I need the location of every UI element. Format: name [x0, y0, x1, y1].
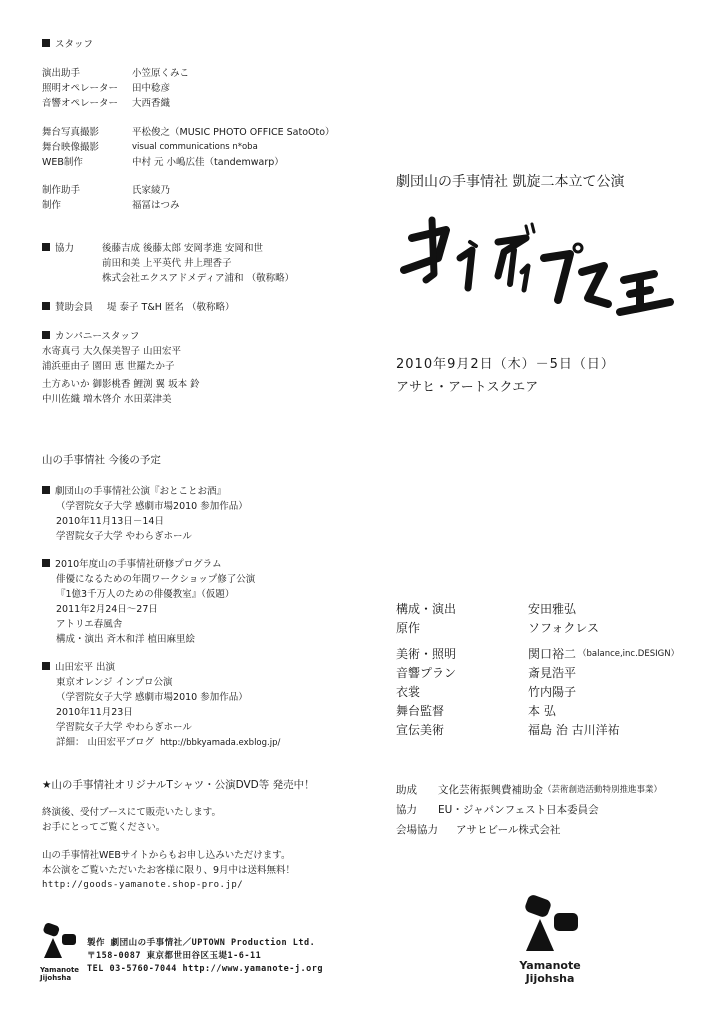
support-row: 会場協力アサヒビール株式会社 [396, 822, 662, 839]
yamanote-logo-icon [518, 893, 582, 955]
shop-link[interactable]: http://goods-yamanote.shop-pro.jp/ [42, 878, 295, 893]
staff-row: 舞台写真撮影平松俊之（MUSIC PHOTO OFFICE SatoOto） [42, 125, 335, 140]
show-dates: 2010年9月2日（木）－5日（日） [396, 354, 615, 376]
support-row: 助成文化芸術振興費補助金（芸術創造活動特別推進事業） [396, 782, 662, 799]
staff-row: 照明オペレーター田中稔彦 [42, 81, 189, 96]
credit-row: 原作ソフォクレス [396, 619, 599, 638]
show-subtitle: 劇団山の手事情社 凱旋二本立て公演 [396, 172, 624, 192]
staff-row: 演出助手小笠原くみこ [42, 66, 189, 81]
merch-text-2: 山の手事情社WEBサイトからもお申し込みいただけます。 本公演をご覧いただいたお… [42, 848, 295, 893]
square-bullet-icon [42, 486, 50, 494]
support-section: 助成文化芸術振興費補助金（芸術創造活動特別推進事業） 協力EU・ジャパンフェスト… [396, 782, 662, 839]
supporters-heading: 賛助会員 [55, 302, 93, 313]
schedule-item: 劇団山の手事情社公演『おとことお酒』 （学習院女子大学 感劇市場2010 参加作… [42, 484, 248, 544]
square-bullet-icon [42, 243, 50, 251]
staff-row: 音響オペレーター大西香織 [42, 96, 189, 111]
cooperation-line: 株式会社エクスアドメディア浦和 （敬称略） [102, 271, 294, 286]
staff-heading: スタッフ [42, 37, 93, 52]
company-logo: Yamanote Jijohsha [40, 922, 80, 984]
calligraphy-title-icon [394, 208, 684, 328]
show-title-calligraphy [394, 208, 684, 328]
blog-link[interactable]: http://bbkyamada.exblog.jp/ [160, 738, 280, 748]
cooperation-section: 協力 後藤吉成 後藤太郎 安岡孝進 安岡和世 前田和美 上平英代 井上理香子 株… [42, 241, 294, 286]
credits-group-2: 美術・照明関口裕二（balance,inc.DESIGN） 音響プラン斎見浩平 … [396, 645, 679, 740]
staff-group-2: 舞台写真撮影平松俊之（MUSIC PHOTO OFFICE SatoOto） 舞… [42, 125, 335, 170]
company-staff-section: カンパニースタッフ 水寄真弓 大久保美智子 山田宏平 浦浜亜由子 園田 恵 世羅… [42, 329, 200, 407]
staff-row: WEB制作中村 元 小嶋広佳（tandemwarp） [42, 155, 335, 170]
company-logo-large: Yamanote Jijohsha [515, 893, 585, 985]
company-staff-heading: カンパニースタッフ [42, 329, 200, 344]
square-bullet-icon [42, 302, 50, 310]
merch-text-1: 終演後、受付ブースにて販売いたします。 お手にとってご覧ください。 [42, 805, 221, 835]
merch-heading: ★山の手事情社オリジナルTシャツ・公演DVD等 発売中！ [42, 777, 315, 794]
schedule-heading: 山の手事情社 今後の予定 [42, 452, 161, 469]
credit-row: 構成・演出安田雅弘 [396, 600, 599, 619]
staff-group-3: 制作助手氏家綾乃 制作福冨はつみ [42, 183, 180, 213]
staff-row: 舞台映像撮影visual communications n*oba [42, 140, 335, 155]
square-bullet-icon [42, 559, 50, 567]
square-bullet-icon [42, 662, 50, 670]
credit-row: 音響プラン斎見浩平 [396, 664, 679, 683]
footer-info: 製作 劇団山の手事情社／UPTOWN Production Ltd. 〒158-… [87, 937, 323, 976]
cooperation-line: 後藤吉成 後藤太郎 安岡孝進 安岡和世 [102, 241, 294, 256]
supporters-section: 賛助会員堤 泰子 T&H 匿名 （敬称略） [42, 300, 234, 315]
yamanote-logo-icon [40, 922, 80, 962]
square-bullet-icon [42, 39, 50, 47]
schedule-item: 山田宏平 出演 東京オレンジ インプロ公演 （学習院女子大学 感劇市場2010 … [42, 660, 280, 751]
schedule-item: 2010年度山の手事情社研修プログラム 俳優になるための年間ワークショップ修了公… [42, 557, 255, 647]
credit-row: 美術・照明関口裕二（balance,inc.DESIGN） [396, 645, 679, 664]
credit-row: 衣裳竹内陽子 [396, 683, 679, 702]
cooperation-line: 前田和美 上平英代 井上理香子 [102, 256, 294, 271]
cooperation-heading: 協力 [42, 241, 102, 286]
support-row: 協力EU・ジャパンフェスト日本委員会 [396, 802, 662, 819]
show-venue: アサヒ・アートスクエア [396, 377, 538, 399]
staff-group-1: 演出助手小笠原くみこ 照明オペレーター田中稔彦 音響オペレーター大西香織 [42, 66, 189, 111]
staff-row: 制作助手氏家綾乃 [42, 183, 180, 198]
credits-group-1: 構成・演出安田雅弘 原作ソフォクレス [396, 600, 599, 638]
staff-row: 制作福冨はつみ [42, 198, 180, 213]
credit-row: 宣伝美術福島 治 古川洋祐 [396, 721, 679, 740]
square-bullet-icon [42, 331, 50, 339]
credit-row: 舞台監督本 弘 [396, 702, 679, 721]
